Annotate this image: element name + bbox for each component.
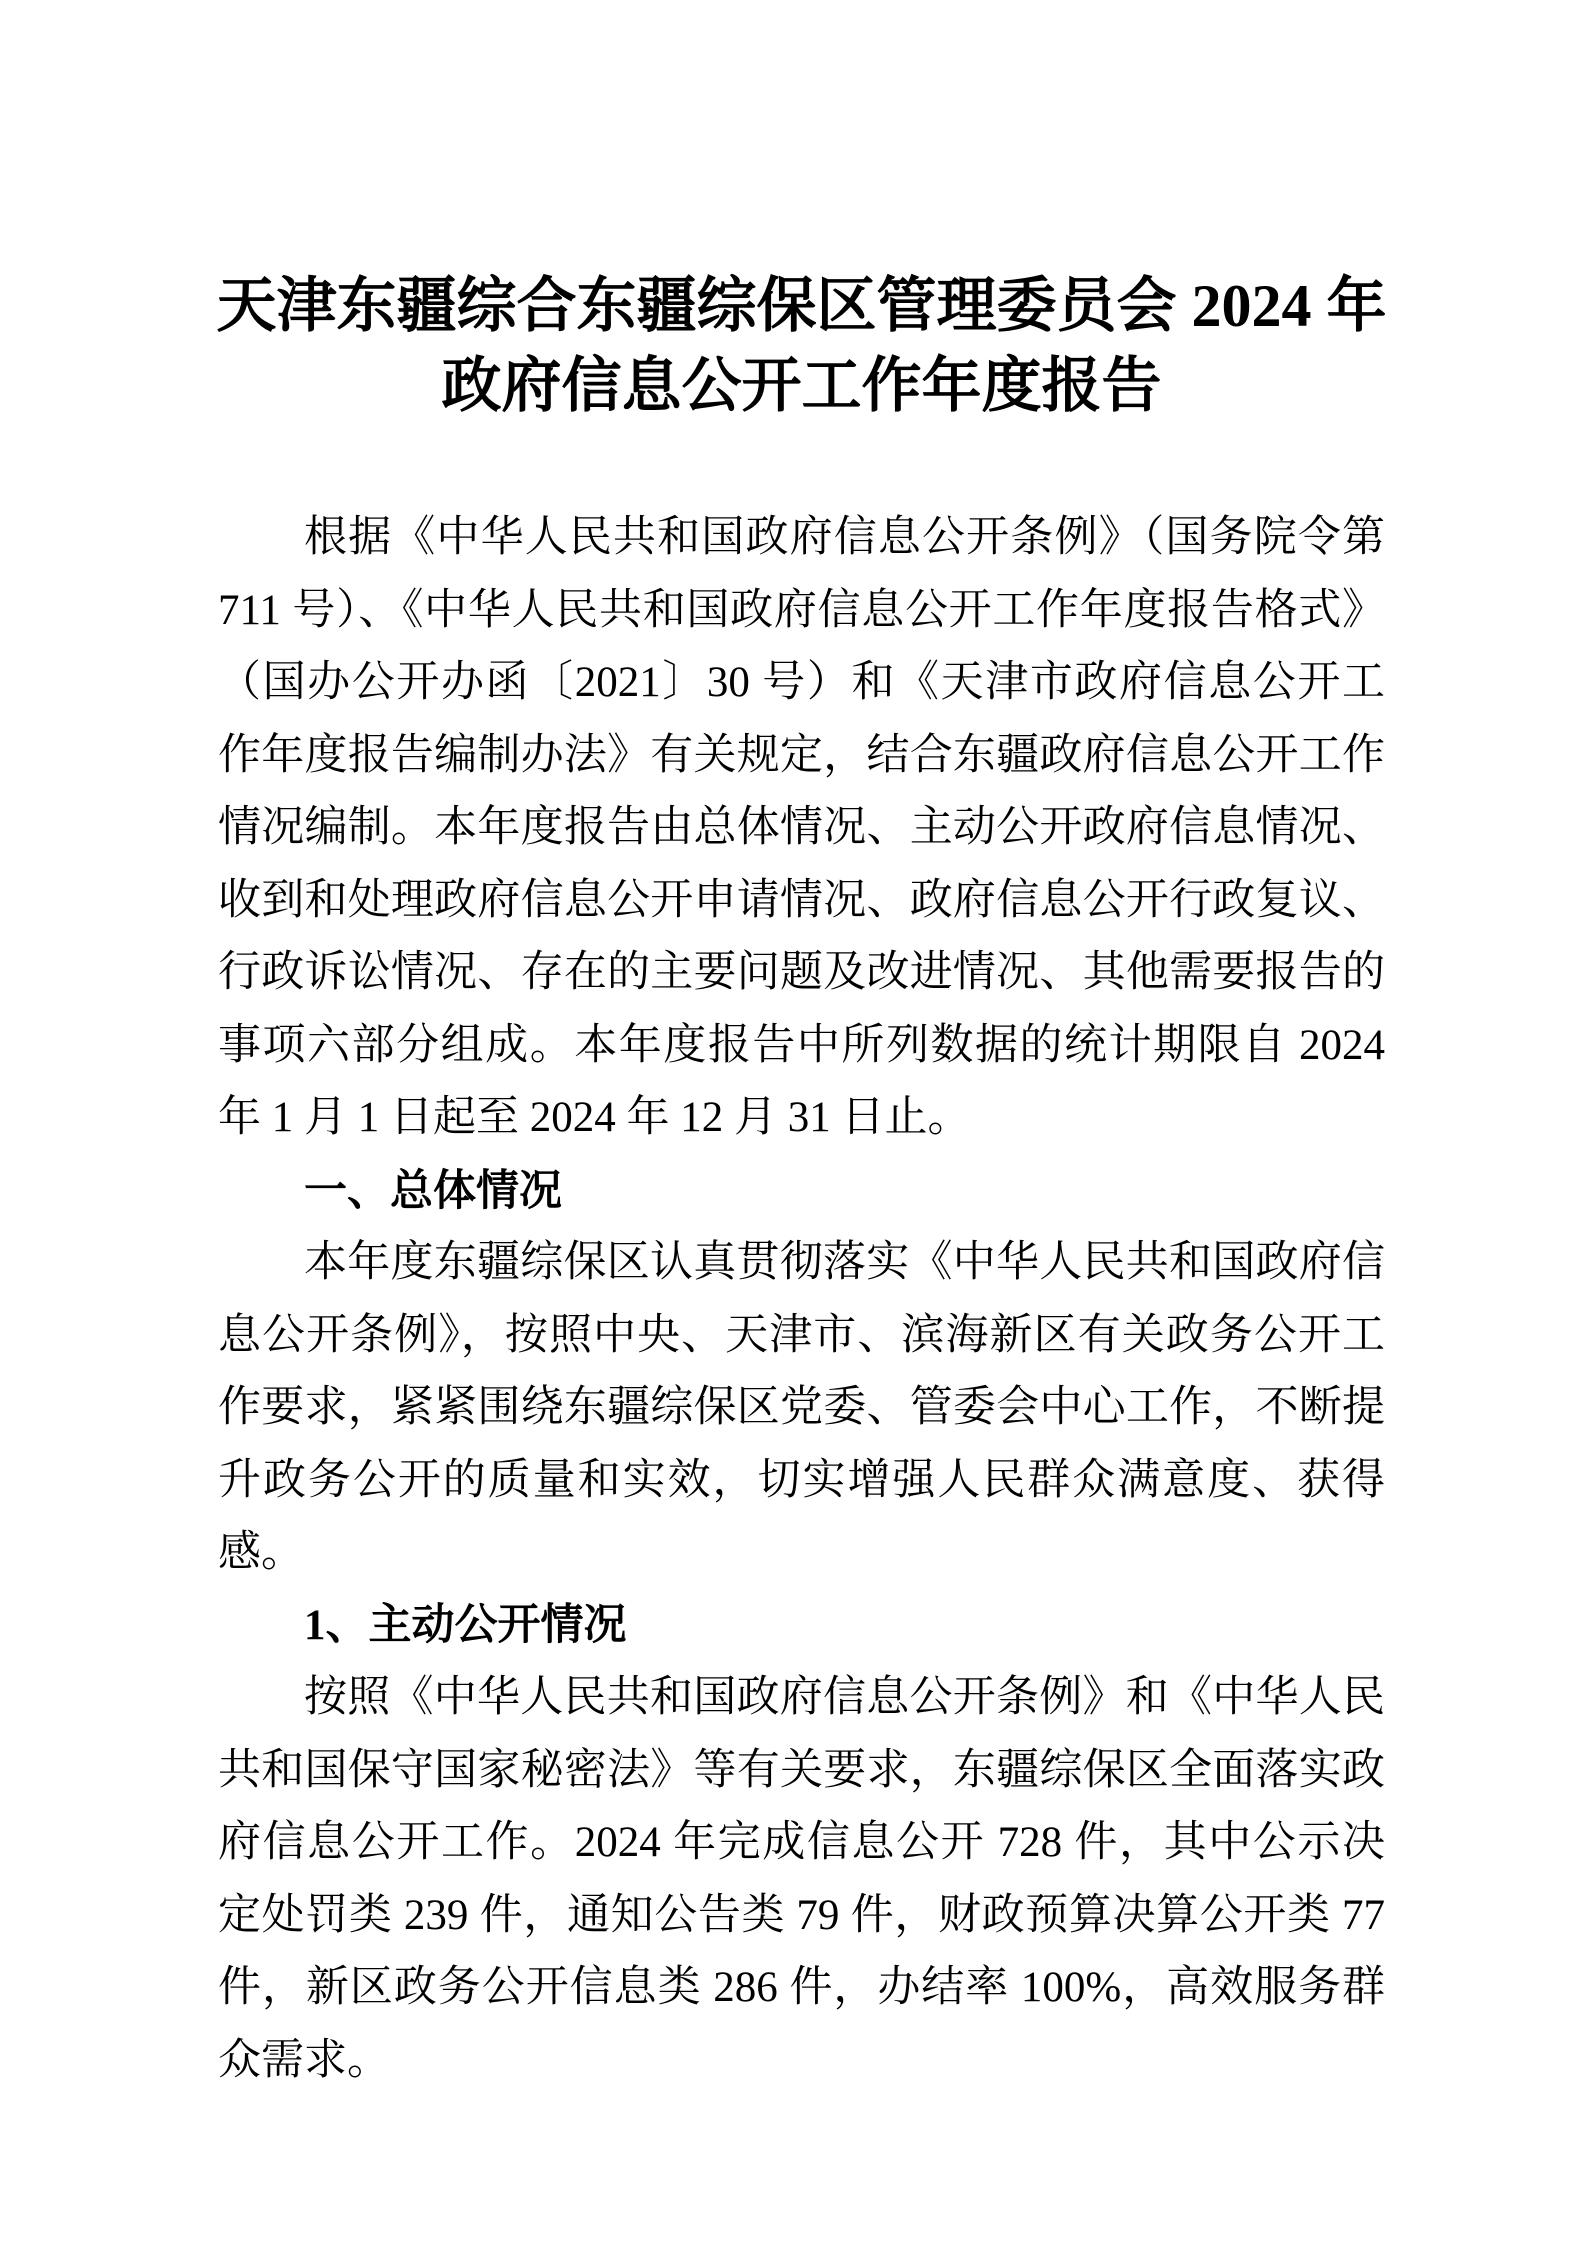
proactive-disclosure-paragraph: 按照《中华人民共和国政府信息公开条例》和《中华人民共和国保守国家秘密法》等有关要…	[218, 1662, 1385, 2097]
overall-situation-paragraph: 本年度东疆综保区认真贯彻落实《中华人民共和国政府信息公开条例》，按照中央、天津市…	[218, 1227, 1385, 1590]
intro-paragraph: 根据《中华人民共和国政府信息公开条例》（国务院令第 711 号）、《中华人民共和…	[218, 502, 1385, 1155]
document-title-line1: 天津东疆综合东疆综保区管理委员会 2024 年	[178, 266, 1425, 346]
document-title: 天津东疆综合东疆综保区管理委员会 2024 年 政府信息公开工作年度报告	[178, 266, 1425, 426]
subsection-heading-proactive-disclosure: 1、主动公开情况	[218, 1590, 1385, 1663]
section-heading-overall-situation: 一、总体情况	[218, 1155, 1385, 1228]
document-page: 天津东疆综合东疆综保区管理委员会 2024 年 政府信息公开工作年度报告 根据《…	[0, 0, 1587, 2245]
document-title-line2: 政府信息公开工作年度报告	[178, 346, 1425, 426]
